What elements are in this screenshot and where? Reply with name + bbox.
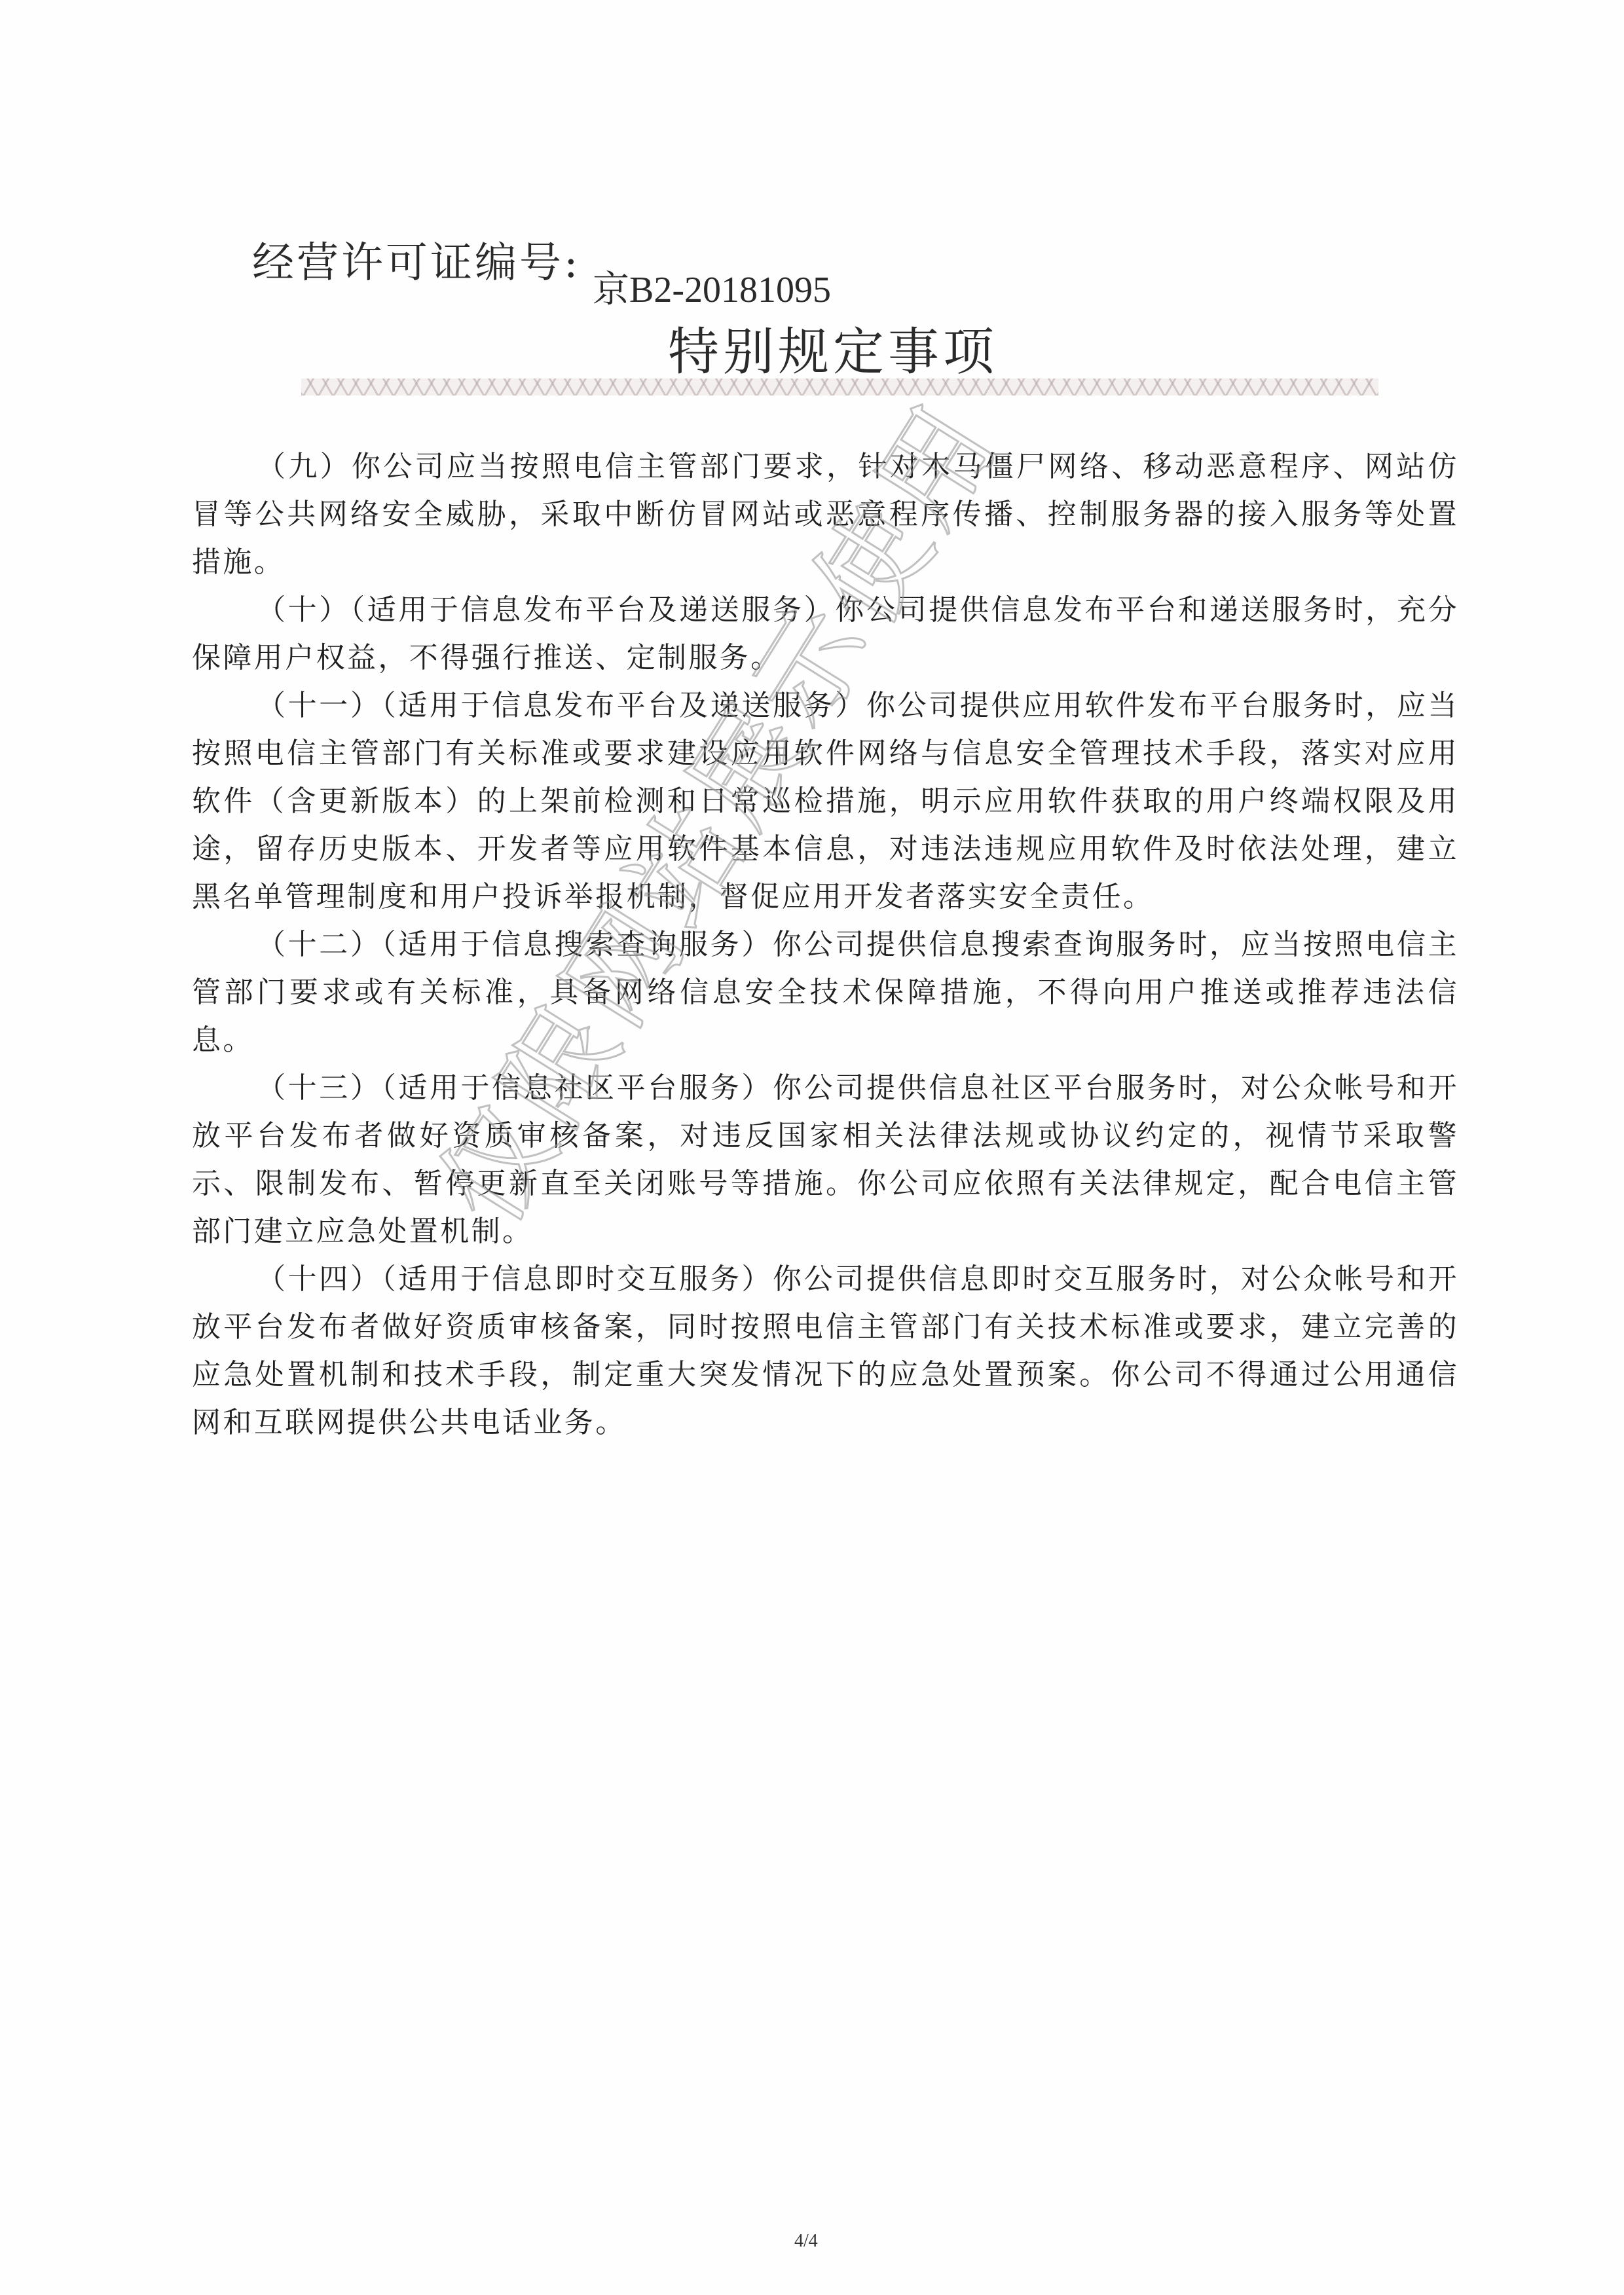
- document-body: （九）你公司应当按照电信主管部门要求，针对木马僵尸网络、移动恶意程序、网站仿冒等…: [192, 443, 1459, 1446]
- decorative-divider: [301, 378, 1378, 395]
- license-number-label: 经营许可证编号:: [252, 229, 581, 289]
- clause-12: （十二）（适用于信息搜索查询服务）你公司提供信息搜索查询服务时，应当按照电信主管…: [192, 921, 1459, 1064]
- license-number: 京B2-20181095: [593, 261, 831, 313]
- clause-14: （十四）（适用于信息即时交互服务）你公司提供信息即时交互服务时，对公众帐号和开放…: [192, 1255, 1459, 1446]
- clause-9: （九）你公司应当按照电信主管部门要求，针对木马僵尸网络、移动恶意程序、网站仿冒等…: [192, 443, 1459, 586]
- document-title: 特别规定事项: [668, 311, 998, 384]
- clause-11: （十一）（适用于信息发布平台及递送服务）你公司提供应用软件发布平台服务时，应当按…: [192, 682, 1459, 921]
- clause-10: （十）（适用于信息发布平台及递送服务）你公司提供信息发布平台和递送服务时，充分保…: [192, 586, 1459, 682]
- clause-13: （十三）（适用于信息社区平台服务）你公司提供信息社区平台服务时，对公众帐号和开放…: [192, 1064, 1459, 1255]
- page-number: 4/4: [794, 2231, 818, 2252]
